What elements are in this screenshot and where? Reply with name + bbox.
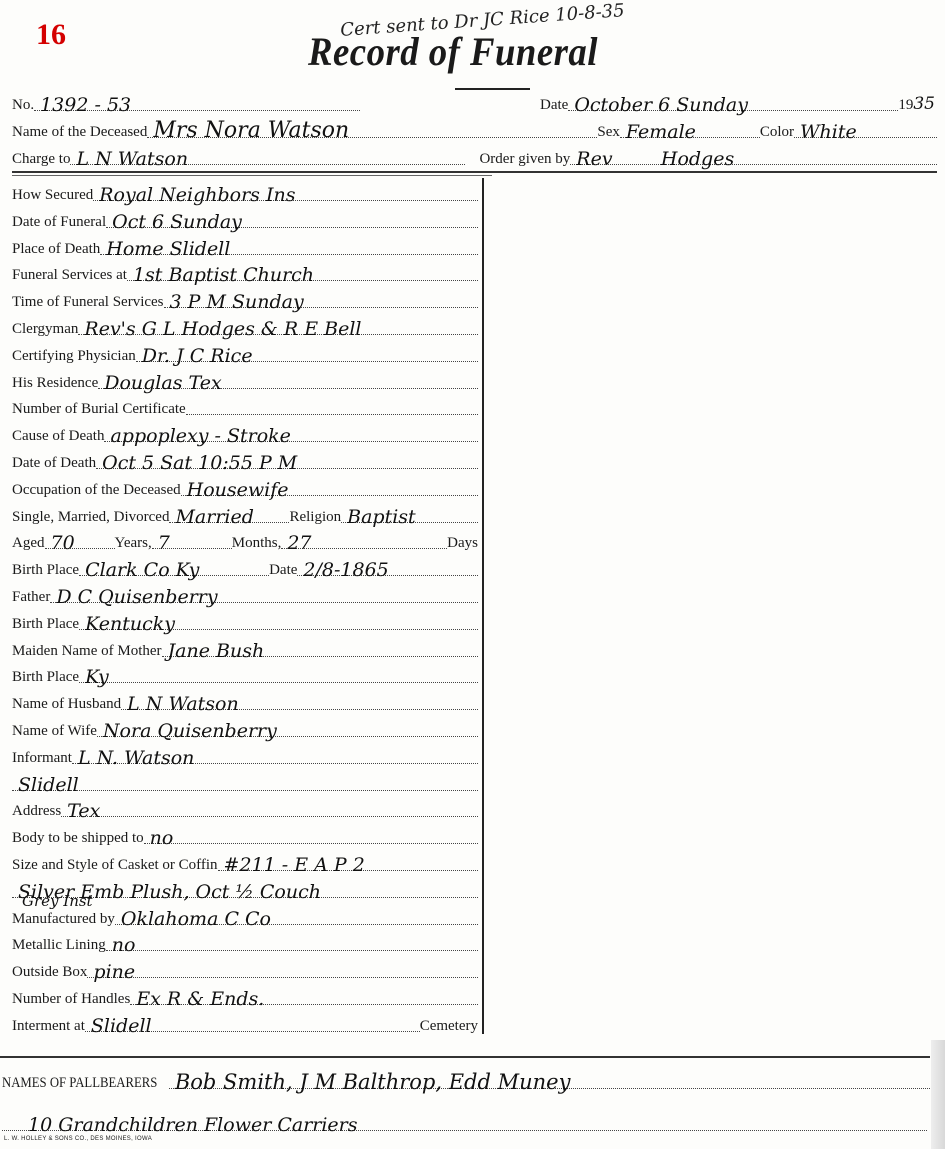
name-of-wife-label: Name of Wife xyxy=(12,723,97,740)
body-to-be-shipped-to-label: Body to be shipped to xyxy=(12,830,144,847)
size-and-style-of-casket-or-coffin-label: Size and Style of Casket or Coffin xyxy=(12,857,218,874)
clergyman-label: Clergyman xyxy=(12,321,78,338)
birth-date-label: Date xyxy=(269,562,297,579)
title-rule xyxy=(455,88,530,90)
record-number-field[interactable]: 1392 - 53 xyxy=(34,110,360,114)
date-of-funeral-label: Date of Funeral xyxy=(12,214,106,231)
number-of-handles-field[interactable]: Ex R & Ends. xyxy=(130,1004,478,1008)
how-secured-label: How Secured xyxy=(12,187,93,204)
birth-place-field[interactable]: Kentucky xyxy=(79,629,478,633)
field-row-time-of-funeral-services: Time of Funeral Services3 P M Sunday xyxy=(12,287,478,311)
size-and-style-of-casket-or-coffin-field[interactable]: #211 - E A P 2 xyxy=(218,870,478,874)
pallbearers-line-2[interactable]: 10 Grandchildren Flower Carriers xyxy=(2,1130,927,1134)
aged-label: Aged xyxy=(12,535,45,552)
field-row-father: FatherD C Quisenberry xyxy=(12,582,478,606)
maiden-name-of-mother-field[interactable]: Jane Bush xyxy=(162,656,478,660)
field-row-aged: Aged70Years,7Months,27Days xyxy=(12,528,478,552)
age-months-label: Months, xyxy=(232,535,282,552)
field-row-marital-religion: Single, Married, DivorcedMarriedReligion… xyxy=(12,502,478,526)
field-row-informant: InformantL N. Watson xyxy=(12,743,478,767)
age-months-field[interactable]: 7 xyxy=(152,548,232,552)
pallbearers-row-1: NAMES OF PALLBEARERS Bob Smith, J M Balt… xyxy=(2,1064,930,1092)
body-to-be-shipped-to-field[interactable]: no xyxy=(144,843,478,847)
color-field[interactable]: White xyxy=(794,137,937,141)
year-prefix: 19 xyxy=(898,97,913,114)
field-row-name-of-husband: Name of HusbandL N Watson xyxy=(12,689,478,713)
deceased-row: Name of the Deceased Mrs Nora Watson Sex… xyxy=(12,115,937,141)
year-value[interactable]: 35 xyxy=(913,94,935,114)
how-secured-field[interactable]: Royal Neighbors Ins xyxy=(93,200,478,204)
header-divider-thin xyxy=(12,175,492,176)
time-of-funeral-services-field[interactable]: 3 P M Sunday xyxy=(164,307,478,311)
age-years-field[interactable]: 70 xyxy=(45,548,115,552)
time-of-funeral-services-label: Time of Funeral Services xyxy=(12,294,164,311)
marital-status-field[interactable]: Married xyxy=(169,522,289,526)
number-of-burial-certificate-field[interactable] xyxy=(186,414,478,418)
certifying-physician-field[interactable]: Dr. J C Rice xyxy=(136,361,478,365)
date-of-funeral-field[interactable]: Oct 6 Sunday xyxy=(106,227,478,231)
certifying-physician-label: Certifying Physician xyxy=(12,348,136,365)
age-days-label: Days xyxy=(447,535,478,552)
birth-date-field[interactable]: 2/8-1865 xyxy=(297,575,478,579)
clergyman-field[interactable]: Rev's G L Hodges & R E Bell xyxy=(78,334,478,338)
birth-place-field[interactable]: Ky xyxy=(79,682,478,686)
date-row: Date October 6 Sunday 19 35 xyxy=(540,88,935,114)
field-row-clergyman: ClergymanRev's G L Hodges & R E Bell xyxy=(12,314,478,338)
order-label: Order given by xyxy=(479,151,570,168)
birth-place-label: Birth Place xyxy=(12,562,79,579)
record-number-row: No. 1392 - 53 xyxy=(12,88,360,114)
informant-field[interactable]: L N. Watson xyxy=(72,763,478,767)
field-row-number-of-burial-certificate: Number of Burial Certificate xyxy=(12,394,478,418)
field-row-body-to-be-shipped-to: Body to be shipped tono xyxy=(12,823,478,847)
his-residence-field[interactable]: Douglas Tex xyxy=(98,388,478,392)
pallbearer-top-rule xyxy=(0,1056,930,1058)
charge-field[interactable]: L N Watson xyxy=(70,164,465,168)
cemetery-label: Cemetery xyxy=(420,1018,478,1035)
occupation-of-the-deceased-field[interactable]: Housewife xyxy=(181,495,478,499)
date-label: Date xyxy=(540,97,568,114)
religion-field[interactable]: Baptist xyxy=(341,522,478,526)
field-row-birth-place: Birth PlaceKentucky xyxy=(12,609,478,633)
manufactured-by-field[interactable]: Oklahoma C Co xyxy=(115,924,478,928)
column-divider xyxy=(482,178,484,1034)
field-row-occupation-of-the-deceased: Occupation of the DeceasedHousewife xyxy=(12,475,478,499)
interment-label: Interment at xyxy=(12,1018,85,1035)
pallbearers-label: NAMES OF PALLBEARERS xyxy=(2,1075,157,1092)
field-row-certifying-physician: Certifying PhysicianDr. J C Rice xyxy=(12,341,478,365)
marital-status-label: Single, Married, Divorced xyxy=(12,509,169,526)
cause-of-death-field[interactable]: appoplexy - Stroke xyxy=(104,441,478,445)
informant-label: Informant xyxy=(12,750,72,767)
color-label: Color xyxy=(760,124,794,141)
page-number: 16 xyxy=(36,18,66,52)
deceased-label: Name of the Deceased xyxy=(12,124,147,141)
address-label: Address xyxy=(12,803,61,820)
interment-field[interactable]: Slidell xyxy=(85,1031,420,1035)
maiden-name-of-mother-label: Maiden Name of Mother xyxy=(12,643,162,660)
field-row-his-residence: His ResidenceDouglas Tex xyxy=(12,368,478,392)
field-row-place-of-death: Place of DeathHome Slidell xyxy=(12,234,478,258)
continuation-field[interactable]: Slidell xyxy=(12,790,478,794)
age-years-label: Years, xyxy=(115,535,152,552)
name-of-husband-label: Name of Husband xyxy=(12,696,121,713)
record-number-label: No. xyxy=(12,97,34,114)
manufacturer-note: Grey Inst xyxy=(22,892,93,910)
number-of-burial-certificate-label: Number of Burial Certificate xyxy=(12,401,186,418)
funeral-services-at-label: Funeral Services at xyxy=(12,267,127,284)
field-row-funeral-services-at: Funeral Services at1st Baptist Church xyxy=(12,260,478,284)
metallic-lining-label: Metallic Lining xyxy=(12,937,106,954)
address-field[interactable]: Tex xyxy=(61,816,478,820)
name-of-wife-field[interactable]: Nora Quisenberry xyxy=(97,736,478,740)
birth-place-label: Birth Place xyxy=(12,616,79,633)
outside-box-label: Outside Box xyxy=(12,964,87,981)
order-field[interactable]: Rev Hodges xyxy=(570,164,937,168)
field-row-number-of-handles: Number of HandlesEx R & Ends. xyxy=(12,984,478,1008)
father-label: Father xyxy=(12,589,50,606)
funeral-services-at-field[interactable]: 1st Baptist Church xyxy=(127,280,478,284)
charge-label: Charge to xyxy=(12,151,70,168)
field-row-size-and-style-of-casket-or-coffin: Size and Style of Casket or Coffin#211 -… xyxy=(12,850,478,874)
field-row-metallic-lining: Metallic Liningno xyxy=(12,930,478,954)
metallic-lining-field[interactable]: no xyxy=(106,950,478,954)
manufactured-by-label: Manufactured by xyxy=(12,911,115,928)
father-field[interactable]: D C Quisenberry xyxy=(50,602,478,606)
field-row-maiden-name-of-mother: Maiden Name of MotherJane Bush xyxy=(12,636,478,660)
birth-place-label: Birth Place xyxy=(12,669,79,686)
field-row-how-secured: How SecuredRoyal Neighbors Ins xyxy=(12,180,478,204)
his-residence-label: His Residence xyxy=(12,375,98,392)
sex-field[interactable]: Female xyxy=(620,137,760,141)
birth-place-field[interactable]: Clark Co Ky xyxy=(79,575,269,579)
deceased-field[interactable]: Mrs Nora Watson xyxy=(147,137,597,141)
age-days-field[interactable]: 27 xyxy=(281,548,447,552)
pallbearers-line-1[interactable]: Bob Smith, J M Balthrop, Edd Muney xyxy=(169,1088,930,1092)
number-of-handles-label: Number of Handles xyxy=(12,991,130,1008)
religion-label: Religion xyxy=(289,509,341,526)
header-divider xyxy=(12,171,937,173)
outside-box-field[interactable]: pine xyxy=(87,977,478,981)
field-row-outside-box: Outside Boxpine xyxy=(12,957,478,981)
printer-imprint: L. W. HOLLEY & SONS CO., DES MOINES, IOW… xyxy=(4,1136,152,1142)
scan-edge-shadow xyxy=(931,1040,945,1149)
sex-label: Sex xyxy=(597,124,620,141)
field-row-birth-place: Birth PlaceKy xyxy=(12,662,478,686)
field-row-cause-of-death: Cause of Deathappoplexy - Stroke xyxy=(12,421,478,445)
field-row-birth: Birth PlaceClark Co KyDate2/8-1865 xyxy=(12,555,478,579)
field-row-date-of-death: Date of DeathOct 5 Sat 10:55 P M xyxy=(12,448,478,472)
pallbearers-row-2: 10 Grandchildren Flower Carriers xyxy=(2,1108,927,1134)
charge-row: Charge to L N Watson Order given by Rev … xyxy=(12,142,937,168)
place-of-death-label: Place of Death xyxy=(12,241,100,258)
date-of-death-field[interactable]: Oct 5 Sat 10:55 P M xyxy=(96,468,478,472)
field-row-name-of-wife: Name of WifeNora Quisenberry xyxy=(12,716,478,740)
occupation-of-the-deceased-label: Occupation of the Deceased xyxy=(12,482,181,499)
field-row-interment: Interment atSlidellCemetery xyxy=(12,1011,478,1035)
field-row-manufactured-by: Manufactured byOklahoma C CoGrey Inst xyxy=(12,904,478,928)
date-field[interactable]: October 6 Sunday xyxy=(568,110,898,114)
date-of-death-label: Date of Death xyxy=(12,455,96,472)
place-of-death-field[interactable]: Home Slidell xyxy=(100,254,478,258)
field-row-address: AddressTex xyxy=(12,796,478,820)
field-row-continuation-7: Slidell xyxy=(12,770,478,794)
cause-of-death-label: Cause of Death xyxy=(12,428,104,445)
field-row-date-of-funeral: Date of FuneralOct 6 Sunday xyxy=(12,207,478,231)
name-of-husband-field[interactable]: L N Watson xyxy=(121,709,478,713)
